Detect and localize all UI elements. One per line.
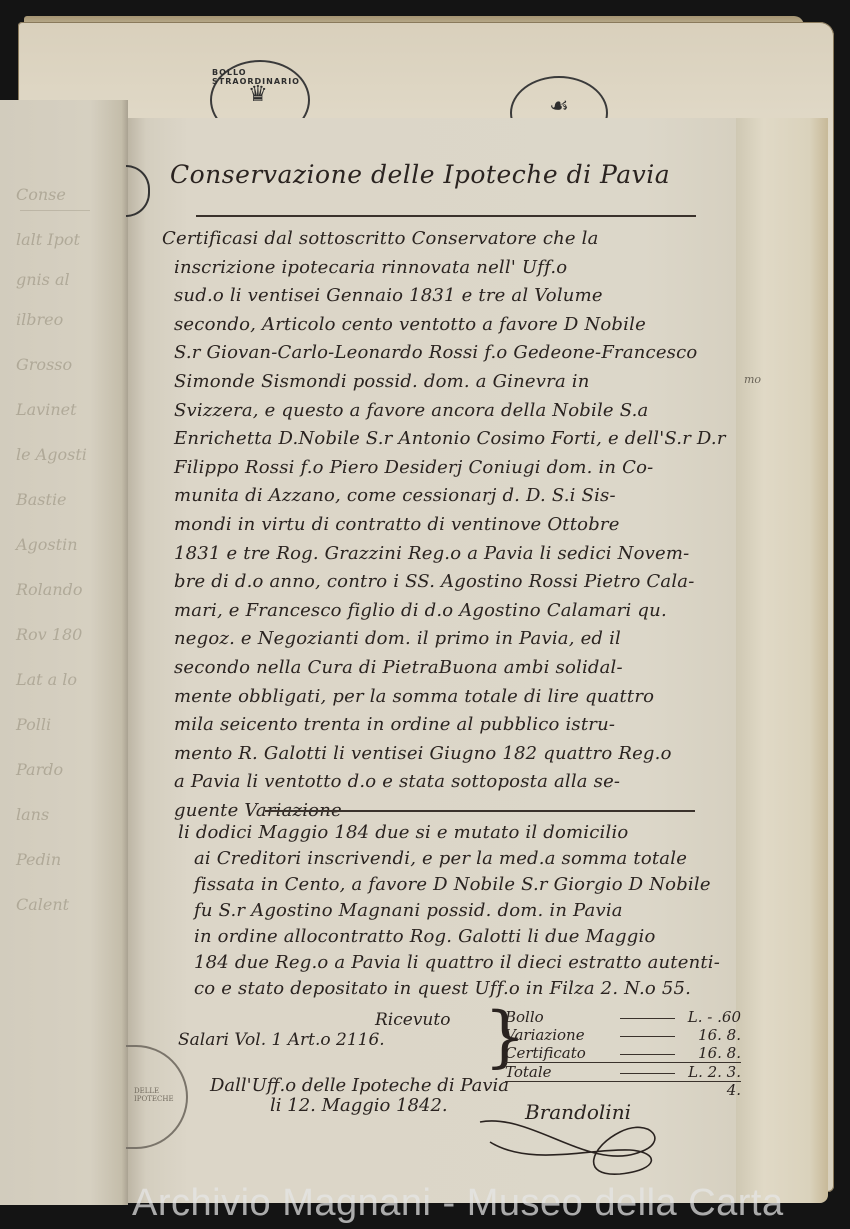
fee-label: Bollo xyxy=(505,1008,620,1026)
signature-flourish xyxy=(470,1112,670,1182)
bleed-through-text: Rov 180 xyxy=(16,625,82,644)
received-label: Ricevuto xyxy=(375,1010,450,1030)
fee-label: Certificato xyxy=(505,1044,620,1062)
crown-icon: ♛ xyxy=(248,82,269,107)
bleed-through-text: gnis al xyxy=(16,270,70,289)
variation-line: fissata in Cento, a favore D Nobile S.r … xyxy=(194,874,711,895)
certificate-line: Svizzera, e questo a favore ancora della… xyxy=(174,400,648,421)
fee-dash xyxy=(620,1026,675,1037)
certificate-line: sud.o li ventisei Gennaio 1831 e tre al … xyxy=(174,285,603,306)
certificate-line: a Pavia li ventotto d.o e stata sottopos… xyxy=(174,771,620,792)
salaries-reference: Salari Vol. 1 Art.o 2116. xyxy=(178,1030,385,1050)
bleed-through-text: Grosso xyxy=(16,355,72,374)
certificate-line: Enrichetta D.Nobile S.r Antonio Cosimo F… xyxy=(174,428,726,449)
bleed-through-rule xyxy=(20,210,90,211)
fee-label: Variazione xyxy=(505,1026,620,1044)
archive-watermark: Archivio Magnani - Museo della Carta xyxy=(132,1182,784,1225)
variation-line: fu S.r Agostino Magnani possid. dom. in … xyxy=(194,900,623,921)
bleed-through-text: Bastie xyxy=(16,490,67,509)
underlying-page-edge xyxy=(736,118,828,1203)
bleed-through-text: Agostin xyxy=(16,535,78,554)
bleed-through-text: Rolando xyxy=(16,580,83,599)
certificate-line: inscrizione ipotecaria rinnovata nell' U… xyxy=(174,257,567,278)
office-line: Dall'Uff.o delle Ipoteche di Pavia xyxy=(210,1075,509,1096)
fee-dash xyxy=(620,1044,675,1055)
bleed-through-text: Lat a lo xyxy=(16,670,77,689)
title-rule xyxy=(196,215,696,217)
bleed-through-text: le Agosti xyxy=(16,445,87,464)
bleed-through-text: Conse xyxy=(16,185,66,204)
certificate-line: 1831 e tre Rog. Grazzini Reg.o a Pavia l… xyxy=(174,543,689,564)
certificate-line: Certificasi dal sottoscritto Conservator… xyxy=(162,228,599,249)
variation-line: 184 due Reg.o a Pavia li quattro il diec… xyxy=(194,952,720,973)
seal-text: DELLE IPOTECHE xyxy=(134,1087,186,1103)
variation-rule xyxy=(265,810,695,812)
certificate-line: Filippo Rossi f.o Piero Desiderj Coniugi… xyxy=(174,457,653,478)
fee-dash xyxy=(620,1063,675,1074)
variation-line: co e stato depositato in quest Uff.o in … xyxy=(194,978,691,999)
bleed-through-text: Pardo xyxy=(16,760,63,779)
fee-amount: 16. 8. xyxy=(681,1044,741,1062)
fee-amount: 16. 8. xyxy=(681,1026,741,1044)
bleed-through-text: lans xyxy=(16,805,49,824)
bleed-through-text: Pedin xyxy=(16,850,61,869)
fee-dash xyxy=(620,1008,675,1019)
left-page: Conse lalt Ipot gnis al ilbreo Grosso La… xyxy=(0,100,128,1205)
certificate-line: munita di Azzano, come cessionarj d. D. … xyxy=(174,485,616,506)
fee-row: Bollo L. - .60 xyxy=(505,1008,741,1026)
fee-label: Totale xyxy=(505,1063,620,1081)
certificate-line: bre di d.o anno, contro i SS. Agostino R… xyxy=(174,571,695,592)
document-title: Conservazione delle Ipoteche di Pavia xyxy=(170,160,670,189)
certificate-line: mila seicento trenta in ordine al pubbli… xyxy=(174,714,615,735)
variation-line: li dodici Maggio 184 due si e mutato il … xyxy=(178,822,628,843)
date-line: li 12. Maggio 1842. xyxy=(270,1095,448,1116)
fee-row-total: Totale L. 2. 3. 4. xyxy=(505,1063,741,1082)
fee-row: Variazione 16. 8. xyxy=(505,1026,741,1044)
fee-row: Certificato 16. 8. xyxy=(505,1044,741,1063)
fees-table: Bollo L. - .60 Variazione 16. 8. Certifi… xyxy=(505,1008,741,1082)
certificate-line: mari, e Francesco figlio di d.o Agostino… xyxy=(174,600,667,621)
variation-line: in ordine allocontratto Rog. Galotti li … xyxy=(194,926,655,947)
bleed-through-text: Lavinet xyxy=(16,400,77,419)
fee-amount: L. - .60 xyxy=(681,1008,741,1026)
figure-icon: ☙ xyxy=(549,94,569,119)
certificate-line: mento R. Galotti li ventisei Giugno 182 … xyxy=(174,743,672,764)
certificate-line: secondo nella Cura di PietraBuona ambi s… xyxy=(174,657,623,678)
certificate-line: negoz. e Negozianti dom. il primo in Pav… xyxy=(174,628,621,649)
margin-note: mo xyxy=(744,373,761,386)
certificate-line: mondi in virtu di contratto di ventinove… xyxy=(174,514,620,535)
fee-amount: L. 2. 3. 4. xyxy=(681,1063,741,1081)
certificate-line: Simonde Sismondi possid. dom. a Ginevra … xyxy=(174,371,590,392)
bleed-through-text: lalt Ipot xyxy=(16,230,80,249)
variation-line: ai Creditori inscrivendi, e per la med.a… xyxy=(194,848,687,869)
bleed-through-text: Calent xyxy=(16,895,69,914)
certificate-line: S.r Giovan-Carlo-Leonardo Rossi f.o Gede… xyxy=(174,342,697,363)
bleed-through-text: ilbreo xyxy=(16,310,63,329)
bleed-through-text: Polli xyxy=(16,715,51,734)
certificate-line: secondo, Articolo cento ventotto a favor… xyxy=(174,314,646,335)
certificate-line: mente obbligati, per la somma totale di … xyxy=(174,686,654,707)
